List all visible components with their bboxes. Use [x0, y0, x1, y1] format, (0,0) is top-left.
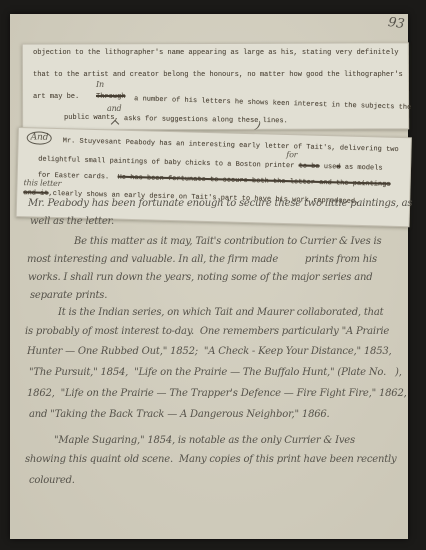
- strikethrough-text: and it: [23, 189, 48, 198]
- typed-line: art may be.: [33, 93, 79, 101]
- handwritten-insertion: this letter: [23, 178, 61, 188]
- typed-line: for Easter cards. He has been fortunate …: [38, 172, 391, 189]
- handwritten-insertion: and: [107, 104, 121, 113]
- strikethrough-text: He has been fortunate to secure both the…: [117, 174, 390, 189]
- handwritten-line: "The Pursuit," 1854, "Life on the Prairi…: [29, 367, 402, 378]
- handwritten-line: Be this matter as it may, Tait's contrib…: [74, 236, 381, 247]
- handwritten-line: "Maple Sugaring," 1854, is notable as th…: [54, 435, 355, 446]
- handwritten-line: most interesting and valuable. In all, t…: [27, 254, 377, 265]
- circled-and: And: [27, 131, 53, 145]
- handwritten-line: Hunter — One Rubbed Out," 1852; "A Check…: [27, 346, 392, 357]
- typed-slip-2: And Mr. Stuyvesant Peabody has an intere…: [16, 127, 412, 227]
- handwritten-insertion: for: [286, 150, 297, 159]
- handwritten-line: works. I shall run down the years, notin…: [28, 272, 372, 283]
- typed-line: objection to the lithographer's name app…: [33, 49, 398, 57]
- typed-line: delightful small paintings of baby chick…: [38, 156, 383, 173]
- handwritten-line: coloured.: [29, 475, 75, 486]
- strikethrough-text: to be: [298, 162, 319, 171]
- typed-line: public wants,: [64, 114, 119, 122]
- handwritten-line: separate prints.: [30, 290, 107, 301]
- handwritten-line: Mr. Peabody has been fortunate enough to…: [28, 198, 412, 209]
- typed-line: Mr. Stuyvesant Peabody has an interestin…: [63, 137, 399, 154]
- strikethrough-text: Through: [96, 93, 125, 101]
- handwritten-insertion: In: [96, 80, 104, 89]
- handwritten-line: and "Taking the Back Track — A Dangerous…: [29, 409, 330, 420]
- typed-segment: as models: [340, 163, 382, 172]
- handwritten-line: 1862, "Life on the Prairie — The Trapper…: [27, 388, 407, 399]
- typed-segment: use: [319, 163, 336, 171]
- handwritten-line: is probably of most interest to-day. One…: [25, 326, 389, 337]
- page-number: 93: [387, 15, 405, 32]
- manuscript-photo: 93 objection to the lithographer's name …: [0, 0, 426, 550]
- handwritten-line: well as the letter.: [30, 216, 114, 227]
- handwritten-line: It is the Indian series, on which Tait a…: [58, 307, 384, 318]
- typed-line: that to the artist and creator belong th…: [33, 71, 403, 79]
- handwritten-and-annotation: And: [27, 132, 53, 143]
- handwritten-line: showing this quaint old scene. Many copi…: [25, 454, 396, 465]
- typed-segment: delightful small paintings of baby chick…: [38, 156, 299, 171]
